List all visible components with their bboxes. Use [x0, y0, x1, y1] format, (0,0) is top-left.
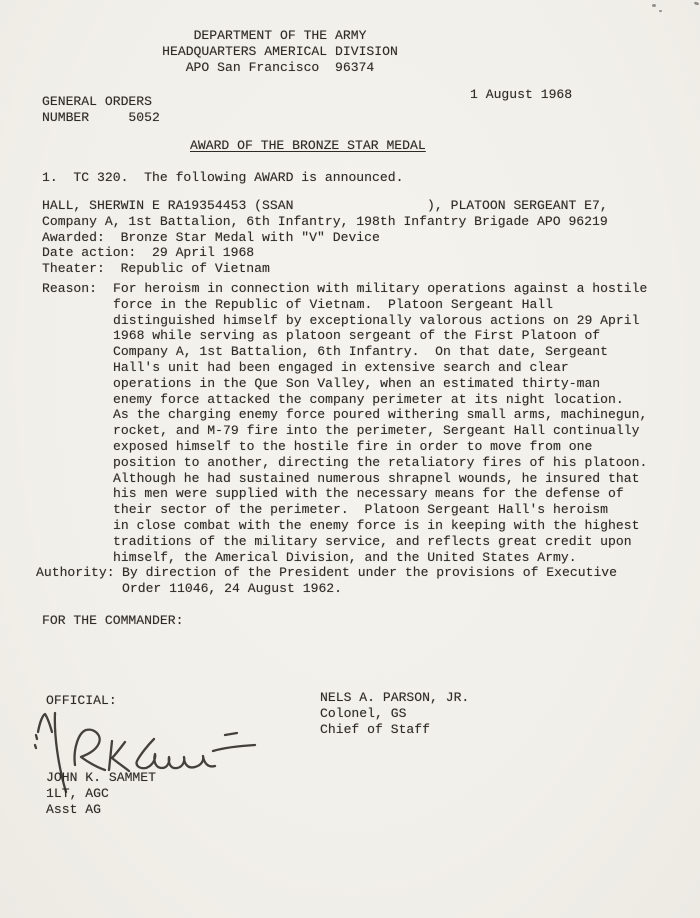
approver-rank: Colonel, GS: [320, 706, 406, 722]
commander-line: FOR THE COMMANDER:: [42, 613, 183, 629]
authority-text: By direction of the President under the …: [122, 565, 617, 597]
signer-rank: 1LT, AGC: [46, 786, 109, 802]
reason-label: Reason:: [42, 281, 97, 297]
general-orders-number: NUMBER 5052: [42, 110, 160, 126]
approver-name: NELS A. PARSON, JR.: [320, 690, 469, 706]
soldier-citation: HALL, SHERWIN E RA19354453 (SSAN ), PLAT…: [42, 198, 608, 277]
reason-text: For heroism in connection with military …: [113, 281, 647, 565]
scan-artifact: [694, 1, 700, 6]
signer-name: JOHN K. SAMMET: [46, 770, 156, 786]
document-title: AWARD OF THE BRONZE STAR MEDAL: [190, 138, 426, 154]
announcement-line: 1. TC 320. The following AWARD is announ…: [42, 170, 403, 186]
order-date: 1 August 1968: [470, 87, 572, 103]
general-orders-label: GENERAL ORDERS: [42, 94, 152, 110]
approver-title: Chief of Staff: [320, 722, 430, 738]
scan-artifact: [659, 10, 662, 12]
signer-title: Asst AG: [46, 802, 101, 818]
letterhead: DEPARTMENT OF THE ARMY HEADQUARTERS AMER…: [120, 28, 440, 75]
document-page: DEPARTMENT OF THE ARMY HEADQUARTERS AMER…: [0, 0, 700, 918]
authority-label: Authority:: [36, 565, 115, 581]
scan-artifact: [652, 4, 656, 7]
